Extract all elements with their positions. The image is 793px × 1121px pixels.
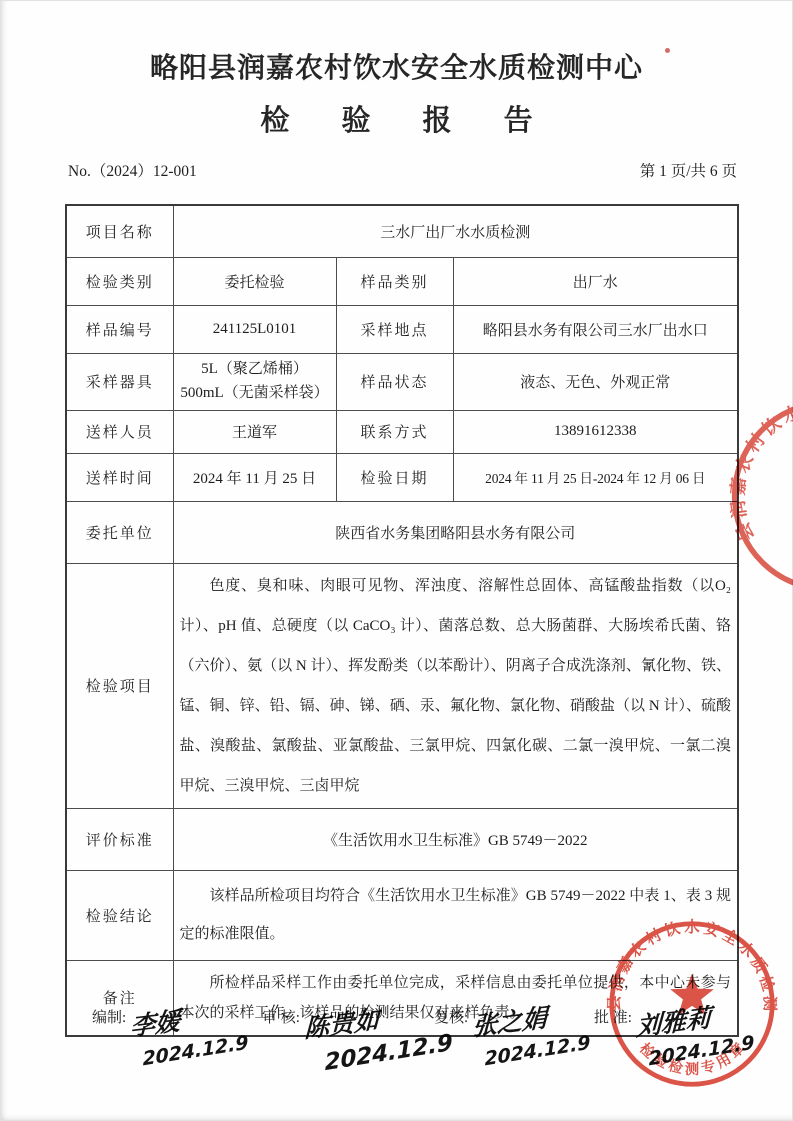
evaluation-standard-label: 评价标准: [66, 808, 173, 870]
inspection-items-text: 色度、臭和味、肉眼可见物、浑浊度、溶解性总固体、高锰酸盐指数（以O₂计）、pH …: [180, 566, 732, 806]
sample-state-value: 液态、无色、外观正常: [453, 353, 738, 410]
inspection-type-value: 委托检验: [173, 257, 336, 305]
sample-number-label: 样品编号: [66, 305, 173, 353]
svg-text:检验检测专用章: 检验检测专用章: [786, 507, 793, 600]
seal-bottom-text: 检验检测专用章: [786, 507, 793, 600]
rechecked-label: 复核:: [434, 1000, 468, 1027]
report-number: No.（2024）12-001: [68, 159, 197, 181]
delivery-time-label: 送样时间: [66, 453, 173, 501]
inspection-items-value: 色度、臭和味、肉眼可见物、浑浊度、溶解性总固体、高锰酸盐指数（以O₂计）、pH …: [173, 563, 738, 808]
prepared-label: 编制:: [92, 1000, 126, 1027]
project-name-value: 三水厂出厂水水质检测: [173, 205, 738, 257]
signature-block-prepared: 编制: 李媛 2024.12.9: [92, 1000, 249, 1062]
client-unit-label: 委托单位: [66, 501, 173, 563]
row-sample-number: 样品编号 241125L0101 采样地点 略阳县水务有限公司三水厂出水口: [66, 305, 738, 353]
sample-type-value: 出厂水: [453, 257, 738, 305]
row-inspection-type: 检验类别 委托检验 样品类别 出厂水: [66, 257, 738, 305]
inspection-conclusion-label: 检验结论: [66, 870, 173, 960]
sample-state-label: 样品状态: [336, 353, 453, 410]
row-evaluation-standard: 评价标准 《生活饮用水卫生标准》GB 5749－2022: [66, 808, 738, 870]
signature-block-reviewed: 审 核: 陈贵如 2024.12.9: [262, 1000, 453, 1066]
red-ink-speck: [665, 48, 670, 53]
signature-block-approved: 批 准: 刘雅莉 2024.12.9: [594, 1000, 755, 1062]
contact-value: 13891612338: [453, 410, 738, 453]
page-title: 略阳县润嘉农村饮水安全水质检测中心: [0, 46, 793, 86]
project-name-label: 项目名称: [66, 205, 173, 257]
report-meta: No.（2024）12-001 第 1 页/共 6 页: [68, 159, 737, 181]
sampling-location-value: 略阳县水务有限公司三水厂出水口: [453, 305, 738, 353]
sampling-location-label: 采样地点: [336, 305, 453, 353]
row-inspection-items: 检验项目 色度、臭和味、肉眼可见物、浑浊度、溶解性总固体、高锰酸盐指数（以O₂计…: [66, 563, 738, 808]
sample-sender-value: 王道军: [173, 410, 336, 453]
sampling-container-label: 采样器具: [66, 353, 173, 410]
row-sample-sender: 送样人员 王道军 联系方式 13891612338: [66, 410, 738, 453]
page-indicator: 第 1 页/共 6 页: [640, 159, 737, 181]
sample-sender-label: 送样人员: [66, 410, 173, 453]
inspection-items-label: 检验项目: [66, 563, 173, 808]
row-project-name: 项目名称 三水厂出厂水水质检测: [66, 205, 738, 257]
sample-number-value: 241125L0101: [173, 305, 336, 353]
evaluation-standard-value: 《生活饮用水卫生标准》GB 5749－2022: [173, 808, 738, 870]
client-unit-value: 陕西省水务集团略阳县水务有限公司: [173, 501, 738, 563]
row-delivery-time: 送样时间 2024 年 11 月 25 日 检验日期 2024 年 11 月 2…: [66, 453, 738, 501]
row-sampling-container: 采样器具 5L（聚乙烯桶） 500mL（无菌采样袋） 样品状态 液态、无色、外观…: [66, 353, 738, 410]
inspection-date-value: 2024 年 11 月 25 日-2024 年 12 月 06 日: [453, 453, 738, 501]
inspection-date-label: 检验日期: [336, 453, 453, 501]
row-client-unit: 委托单位 陕西省水务集团略阳县水务有限公司: [66, 501, 738, 563]
signature-block-rechecked: 复核: 张之娟 2024.12.9: [434, 1000, 591, 1062]
sampling-container-value: 5L（聚乙烯桶） 500mL（无菌采样袋）: [173, 353, 336, 410]
inspection-type-label: 检验类别: [66, 257, 173, 305]
report-page: 略阳县润嘉农村饮水安全水质检测中心 检 验 报 告 No.（2024）12-00…: [0, 0, 793, 1121]
approved-label: 批 准:: [594, 1000, 632, 1027]
delivery-time-value: 2024 年 11 月 25 日: [173, 453, 336, 501]
reviewed-label: 审 核:: [262, 1000, 300, 1027]
contact-label: 联系方式: [336, 410, 453, 453]
report-title: 检 验 报 告: [0, 98, 793, 139]
sample-type-label: 样品类别: [336, 257, 453, 305]
report-table: 项目名称 三水厂出厂水水质检测 检验类别 委托检验 样品类别 出厂水 样品编号 …: [65, 204, 739, 1037]
